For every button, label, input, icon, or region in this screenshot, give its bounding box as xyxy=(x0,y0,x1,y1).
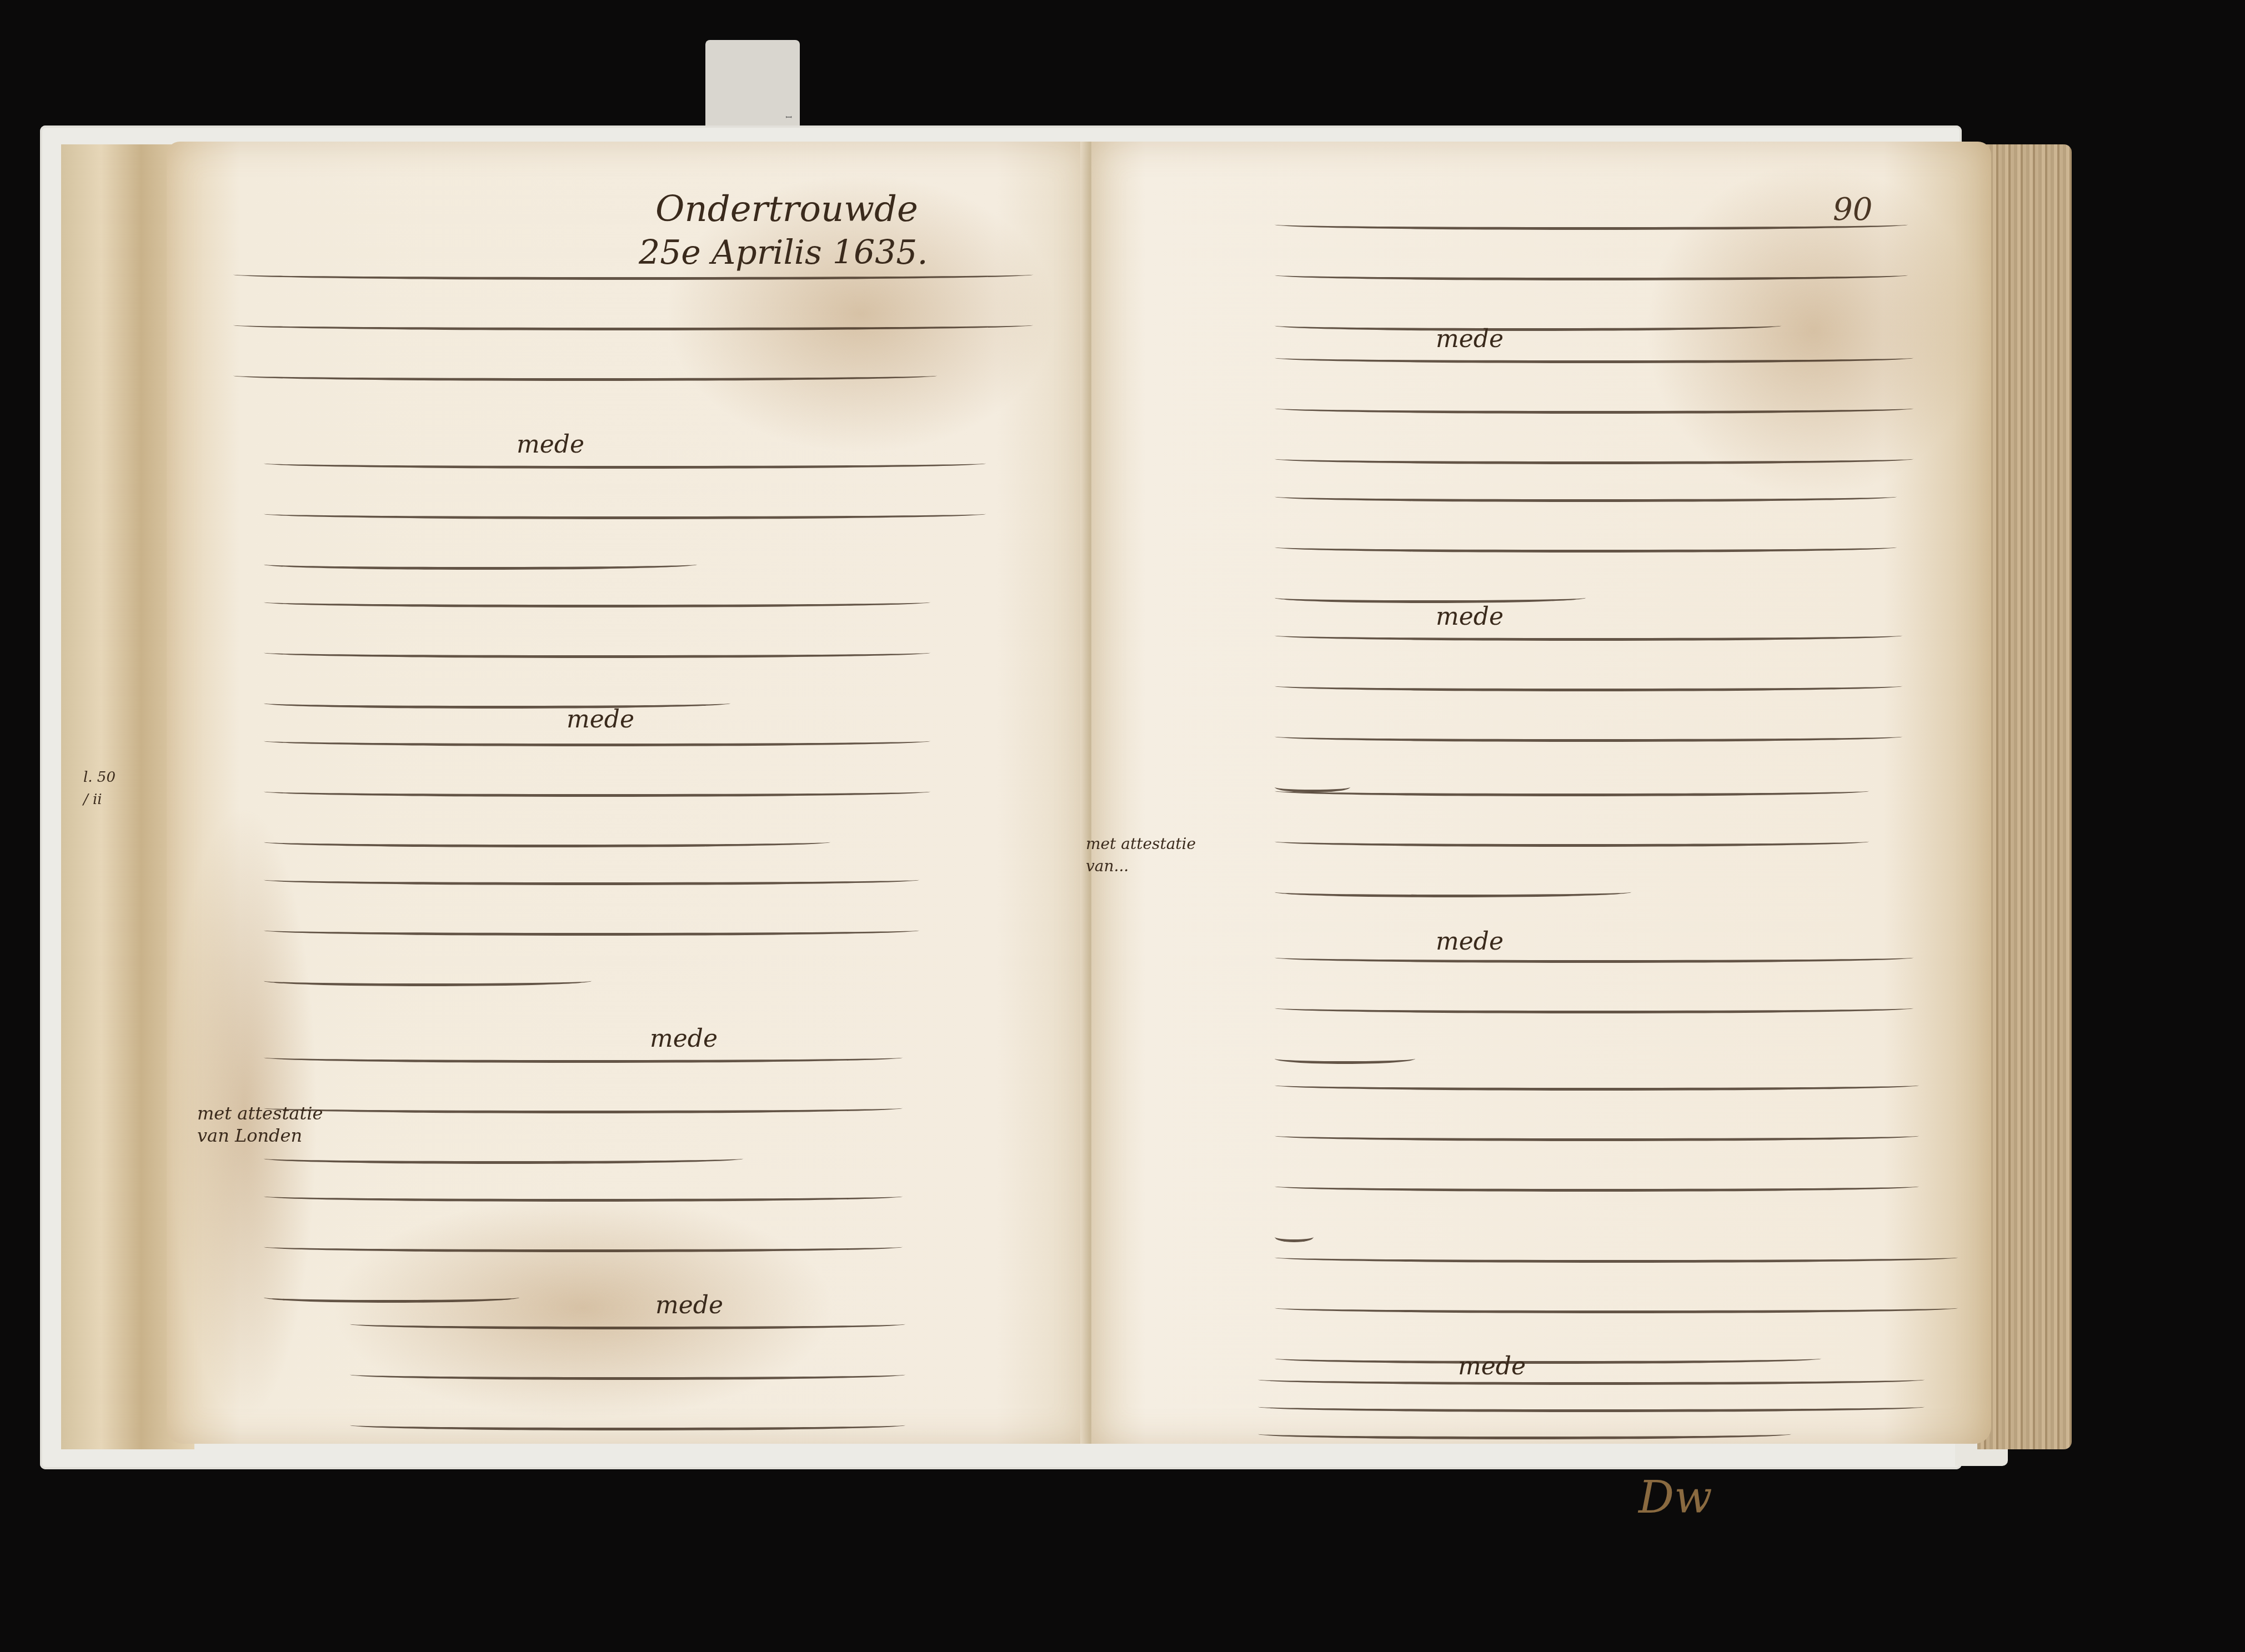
register-entry xyxy=(1258,1374,1925,1479)
register-entry xyxy=(233,269,1033,421)
tab-mark: ꟷ xyxy=(786,112,792,123)
closing-mark: Dw xyxy=(1638,1472,1712,1523)
register-entry xyxy=(1275,219,1908,371)
entry-separator: mede xyxy=(650,1025,718,1053)
margin-note: l. 50 / ii xyxy=(83,766,117,811)
register-entry xyxy=(264,1052,903,1204)
entry-separator: mede xyxy=(517,430,584,459)
register-entry xyxy=(1275,491,1897,643)
margin-note: met attestatie van Londen xyxy=(197,1102,330,1147)
left-page: mede mede mede mede xyxy=(167,142,1089,1444)
entry-separator: mede xyxy=(1436,325,1504,353)
margin-note: met attestatie van... xyxy=(1086,833,1241,877)
entry-separator: mede xyxy=(567,705,634,734)
right-page: mede mede mede mede xyxy=(1091,142,1991,1444)
register-entry xyxy=(264,458,986,610)
entry-separator: mede xyxy=(655,1291,723,1319)
register-date: 25e Aprilis 1635. xyxy=(639,233,928,272)
register-entry xyxy=(1275,786,1869,937)
right-page-block xyxy=(1977,144,2072,1449)
register-entry xyxy=(264,736,930,887)
register-entry xyxy=(350,1319,905,1470)
entry-separator: mede xyxy=(1436,927,1504,956)
entry-separator: mede xyxy=(1436,602,1504,631)
register-entry xyxy=(264,875,919,1026)
register-entry xyxy=(1275,353,1913,504)
register-heading: Ondertrouwde xyxy=(655,189,918,230)
page-number: 90 xyxy=(1833,192,1872,228)
